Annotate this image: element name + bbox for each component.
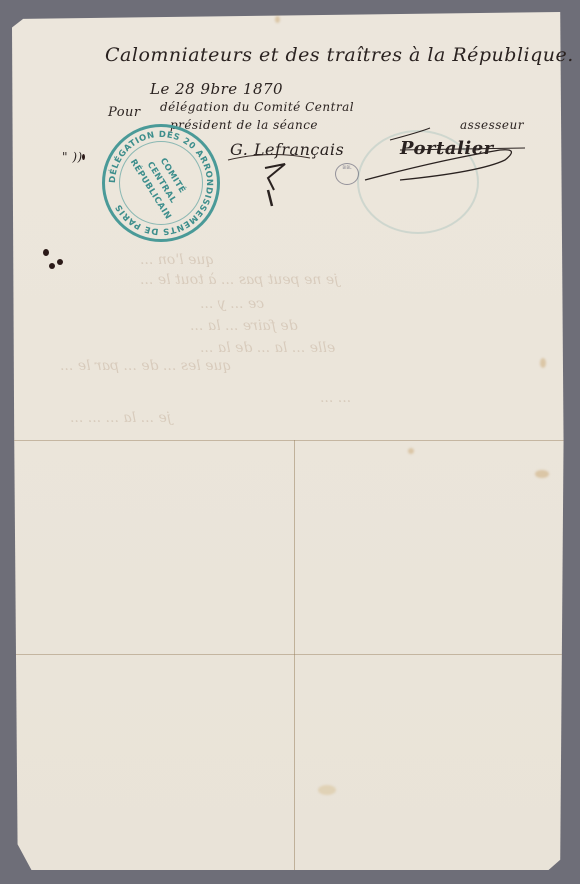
pen-flourishes	[0, 0, 580, 884]
stain	[275, 16, 280, 23]
stain	[540, 358, 546, 368]
ink-spot	[57, 259, 63, 265]
ink-spot	[43, 249, 49, 256]
ink-spot	[49, 263, 55, 269]
ink-spot	[82, 154, 85, 160]
stain	[318, 785, 336, 795]
stain	[535, 470, 549, 478]
comite-central-stamp: DÉLÉGATION DES 20 ARRONDISSEMENTS DE PAR…	[102, 124, 220, 242]
stain	[408, 448, 414, 454]
